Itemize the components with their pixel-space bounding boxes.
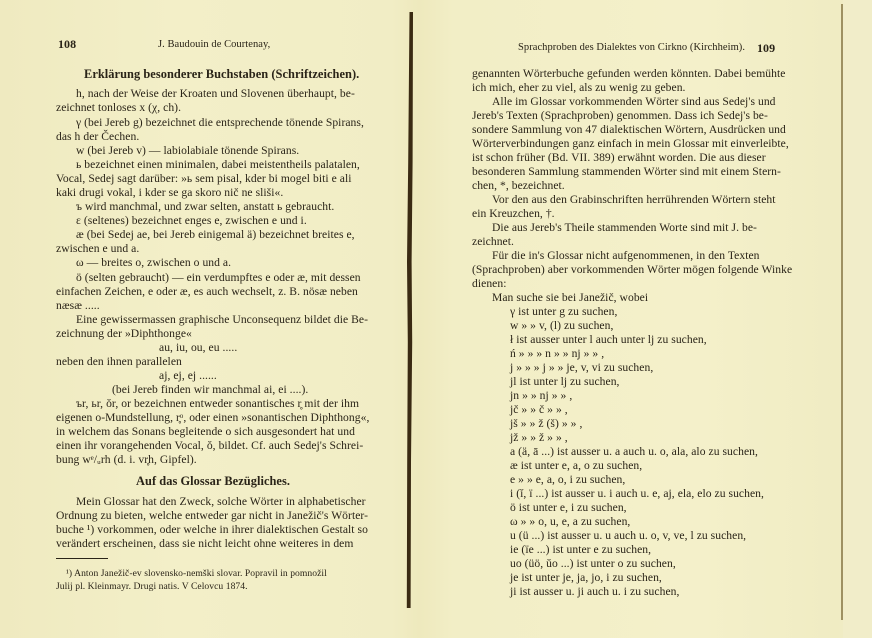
- text-line: (bei Jereb finden wir manchmal ai, ei ..…: [112, 383, 308, 397]
- text-line: eigenen o-Mundstellung, r̥ᵒ, oder einen …: [56, 411, 369, 425]
- text-line: dienen:: [472, 277, 506, 291]
- text-line: γ (bei Jereb g) bezeichnet die entsprech…: [76, 116, 364, 130]
- rule-item: jž » » ž » » ,: [510, 431, 568, 445]
- text-line: ъ wird manchmal, und zwar selten, anstat…: [76, 200, 334, 214]
- rule-item: i (ĭ, ï ...) ist ausser u. i auch u. e, …: [510, 487, 764, 501]
- footnote-line: ¹) Anton Janežič-ev slovensko-nemški slo…: [66, 567, 327, 581]
- text-line: ω — breites o, zwischen o und a.: [76, 256, 231, 270]
- text-line: Die aus Jereb's Theile stammenden Worte …: [492, 221, 757, 235]
- text-line: ö (selten gebraucht) — ein verdumpftes e…: [76, 271, 361, 285]
- rule-item: e » » e, a, o, i zu suchen,: [510, 473, 625, 487]
- rule-item: jš » » ž (š) » » ,: [510, 417, 582, 431]
- text-line: (Sprachproben) aber vorkommenden Wörter …: [472, 263, 792, 277]
- text-line: in welchem das Sonans begleitende o sich…: [56, 425, 355, 439]
- text-line: verändert erscheinen, dass sie nicht lei…: [56, 537, 353, 551]
- rule-item: γ ist unter g zu suchen,: [510, 305, 617, 319]
- text-line: au, iu, ou, eu .....: [159, 341, 237, 355]
- text-line: Vor den aus den Grabinschriften herrühre…: [492, 193, 776, 207]
- rule-item: ł ist ausser unter l auch unter lj zu su…: [510, 333, 707, 347]
- running-head: J. Baudouin de Courtenay,: [158, 38, 270, 52]
- text-line: chen, *, bezeichnet.: [472, 179, 565, 193]
- text-line: Man suche sie bei Janežič, wobei: [492, 291, 648, 305]
- text-line: zeichnet.: [472, 235, 514, 249]
- text-line: einen ihr vorangehenden Vocal, ŏ, bildet…: [56, 439, 363, 453]
- text-line: ist schon früher (Bd. VII. 389) erwähnt …: [472, 151, 766, 165]
- text-line: w (bei Jereb v) — labiolabiale tönende S…: [76, 144, 299, 158]
- text-line: Ordnung zu bieten, welche entweder gar n…: [56, 509, 368, 523]
- rule-item: j » » » j » » je, v, vi zu suchen,: [510, 361, 653, 375]
- next-page-edge: [843, 0, 872, 638]
- text-line: zeichnet tonloses x (χ, ch).: [56, 101, 181, 115]
- text-line: buche ¹) vorkommen, oder welche in ihrer…: [56, 523, 368, 537]
- rule-item: ie (ïe ...) ist unter e zu suchen,: [510, 543, 651, 557]
- rule-item: ji ist ausser u. ji auch u. i zu suchen,: [510, 585, 679, 599]
- rule-item: æ ist unter e, a, o zu suchen,: [510, 459, 642, 473]
- text-line: Eine gewissermassen graphische Unconsequ…: [76, 313, 368, 327]
- rule-item: jč » » č » » ,: [510, 403, 568, 417]
- text-line: h, nach der Weise der Kroaten und Sloven…: [76, 87, 355, 101]
- rule-item: ń » » » n » » nj » » ,: [510, 347, 604, 361]
- text-line: Jereb's Texten (Sprachproben) genommen. …: [472, 109, 768, 123]
- text-line: ɛ (seltenes) bezeichnet enges e, zwische…: [76, 214, 307, 228]
- footnote-line: Julij pl. Kleinmayr. Drugi natis. V Celo…: [56, 580, 248, 594]
- rule-item: je ist unter je, ja, jo, i zu suchen,: [510, 571, 662, 585]
- rule-item: w » » v, (l) zu suchen,: [510, 319, 613, 333]
- text-line: sondere Sammlung von 47 dialektischen Wö…: [472, 123, 786, 137]
- section-title: Erklärung besonderer Buchstaben (Schrift…: [84, 67, 359, 81]
- left-page: 108 J. Baudouin de Courtenay, Erklärung …: [0, 0, 410, 638]
- rule-item: ω » » o, u, e, a zu suchen,: [510, 515, 630, 529]
- text-line: Wörterverbindungen ganz einfach in mein …: [472, 137, 789, 151]
- text-line: einfachen Zeichen, e oder æ, es auch wec…: [56, 285, 358, 299]
- page-number: 109: [757, 41, 775, 55]
- text-line: das h der Čechen.: [56, 130, 139, 144]
- text-line: besonderen Sammlung stammenden Wörter si…: [472, 165, 781, 179]
- text-line: næsæ .....: [56, 299, 100, 313]
- rule-item: uo (üö, ŭo ...) ist unter o zu suchen,: [510, 557, 676, 571]
- running-head: Sprachproben des Dialektes von Cirkno (K…: [518, 41, 745, 55]
- text-line: zeichnung der »Diphthonge«: [56, 327, 192, 341]
- text-line: ich mich, eher zu viel, als zu wenig zu …: [472, 81, 685, 95]
- text-line: zwischen e und a.: [56, 242, 139, 256]
- rule-item: a (ä, ā ...) ist ausser u. a auch u. o, …: [510, 445, 758, 459]
- rule-item: u (ü ...) ist ausser u. u auch u. o, v, …: [510, 529, 746, 543]
- rule-item: jl ist unter lj zu suchen,: [510, 375, 620, 389]
- text-line: neben den ihnen parallelen: [56, 355, 182, 369]
- text-line: kaki drugi vokal, i kder se ga skoro nič…: [56, 186, 283, 200]
- page-number: 108: [58, 37, 76, 51]
- text-line: Alle im Glossar vorkommenden Wörter sind…: [492, 95, 776, 109]
- text-line: Für die in's Glossar nicht aufgenommenen…: [492, 249, 760, 263]
- rule-item: jn » » nj » » ,: [510, 389, 572, 403]
- text-line: aj, ej, ej ......: [159, 369, 217, 383]
- text-line: ein Kreuzchen, †.: [472, 207, 555, 221]
- text-line: genannten Wörterbuche gefunden werden kö…: [472, 67, 785, 81]
- rule-item: ö ist unter e, i zu suchen,: [510, 501, 627, 515]
- footnote-rule: [56, 558, 108, 559]
- section-title: Auf das Glossar Bezügliches.: [136, 474, 290, 488]
- right-page: Sprachproben des Dialektes von Cirkno (K…: [412, 0, 842, 638]
- text-line: æ (bei Sedej ae, bei Jereb einigemal ä) …: [76, 228, 355, 242]
- text-line: ь bezeichnet einen minimalen, dabei meis…: [76, 158, 360, 172]
- text-line: Vocal, Sedej sagt darüber: »ь sem pisal,…: [56, 172, 352, 186]
- text-line: bung wᵉ/ᵤrh (d. i. vr̥h, Gipfel).: [56, 453, 197, 467]
- text-line: Mein Glossar hat den Zweck, solche Wörte…: [76, 495, 366, 509]
- text-line: ъr, ьr, ŏr, or bezeichnen entweder sonan…: [76, 397, 359, 411]
